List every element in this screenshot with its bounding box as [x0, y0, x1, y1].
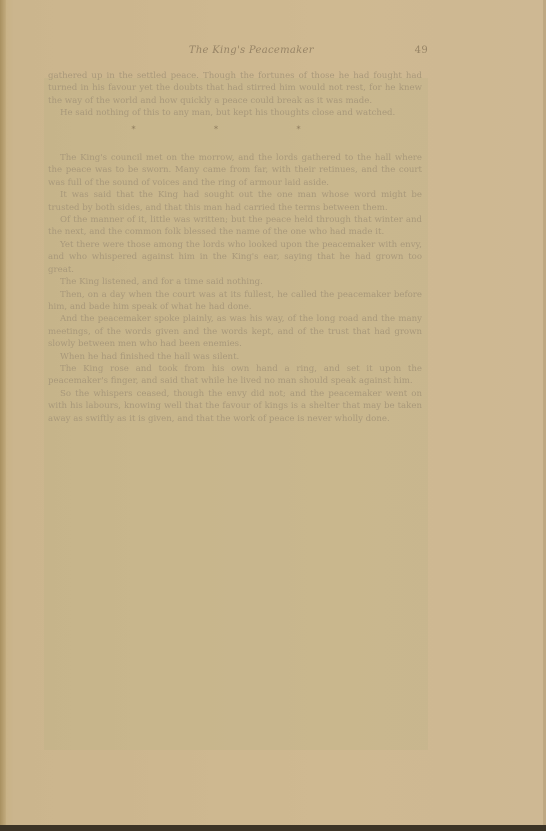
paragraph: He said nothing of this to any man, but … [48, 107, 422, 119]
paragraph: When he had finished the hall was silent… [48, 351, 422, 363]
paragraph: gathered up in the settled peace. Though… [48, 70, 422, 107]
paragraph: Then, on a day when the court was at its… [48, 289, 422, 314]
body-text: gathered up in the settled peace. Though… [48, 70, 422, 425]
scan-bottom-edge [0, 825, 546, 831]
paragraph: It was said that the King had sought out… [48, 189, 422, 214]
running-head: The King's Peacemaker 49 [48, 45, 428, 56]
paragraph: The King's council met on the morrow, an… [48, 152, 422, 189]
section-break: * * * [48, 124, 422, 136]
paragraph: Of the manner of it, little was written;… [48, 214, 422, 239]
book-page: The King's Peacemaker 49 gathered up in … [0, 0, 546, 831]
paragraph: So the whispers ceased, though the envy … [48, 388, 422, 425]
paragraph: The King rose and took from his own hand… [48, 363, 422, 388]
paragraph: And the peacemaker spoke plainly, as was… [48, 313, 422, 350]
binding-edge [0, 0, 6, 831]
page-number: 49 [415, 45, 428, 56]
paragraph: The King listened, and for a time said n… [48, 276, 422, 288]
running-head-title: The King's Peacemaker [48, 45, 415, 56]
paragraph: Yet there were those among the lords who… [48, 239, 422, 276]
